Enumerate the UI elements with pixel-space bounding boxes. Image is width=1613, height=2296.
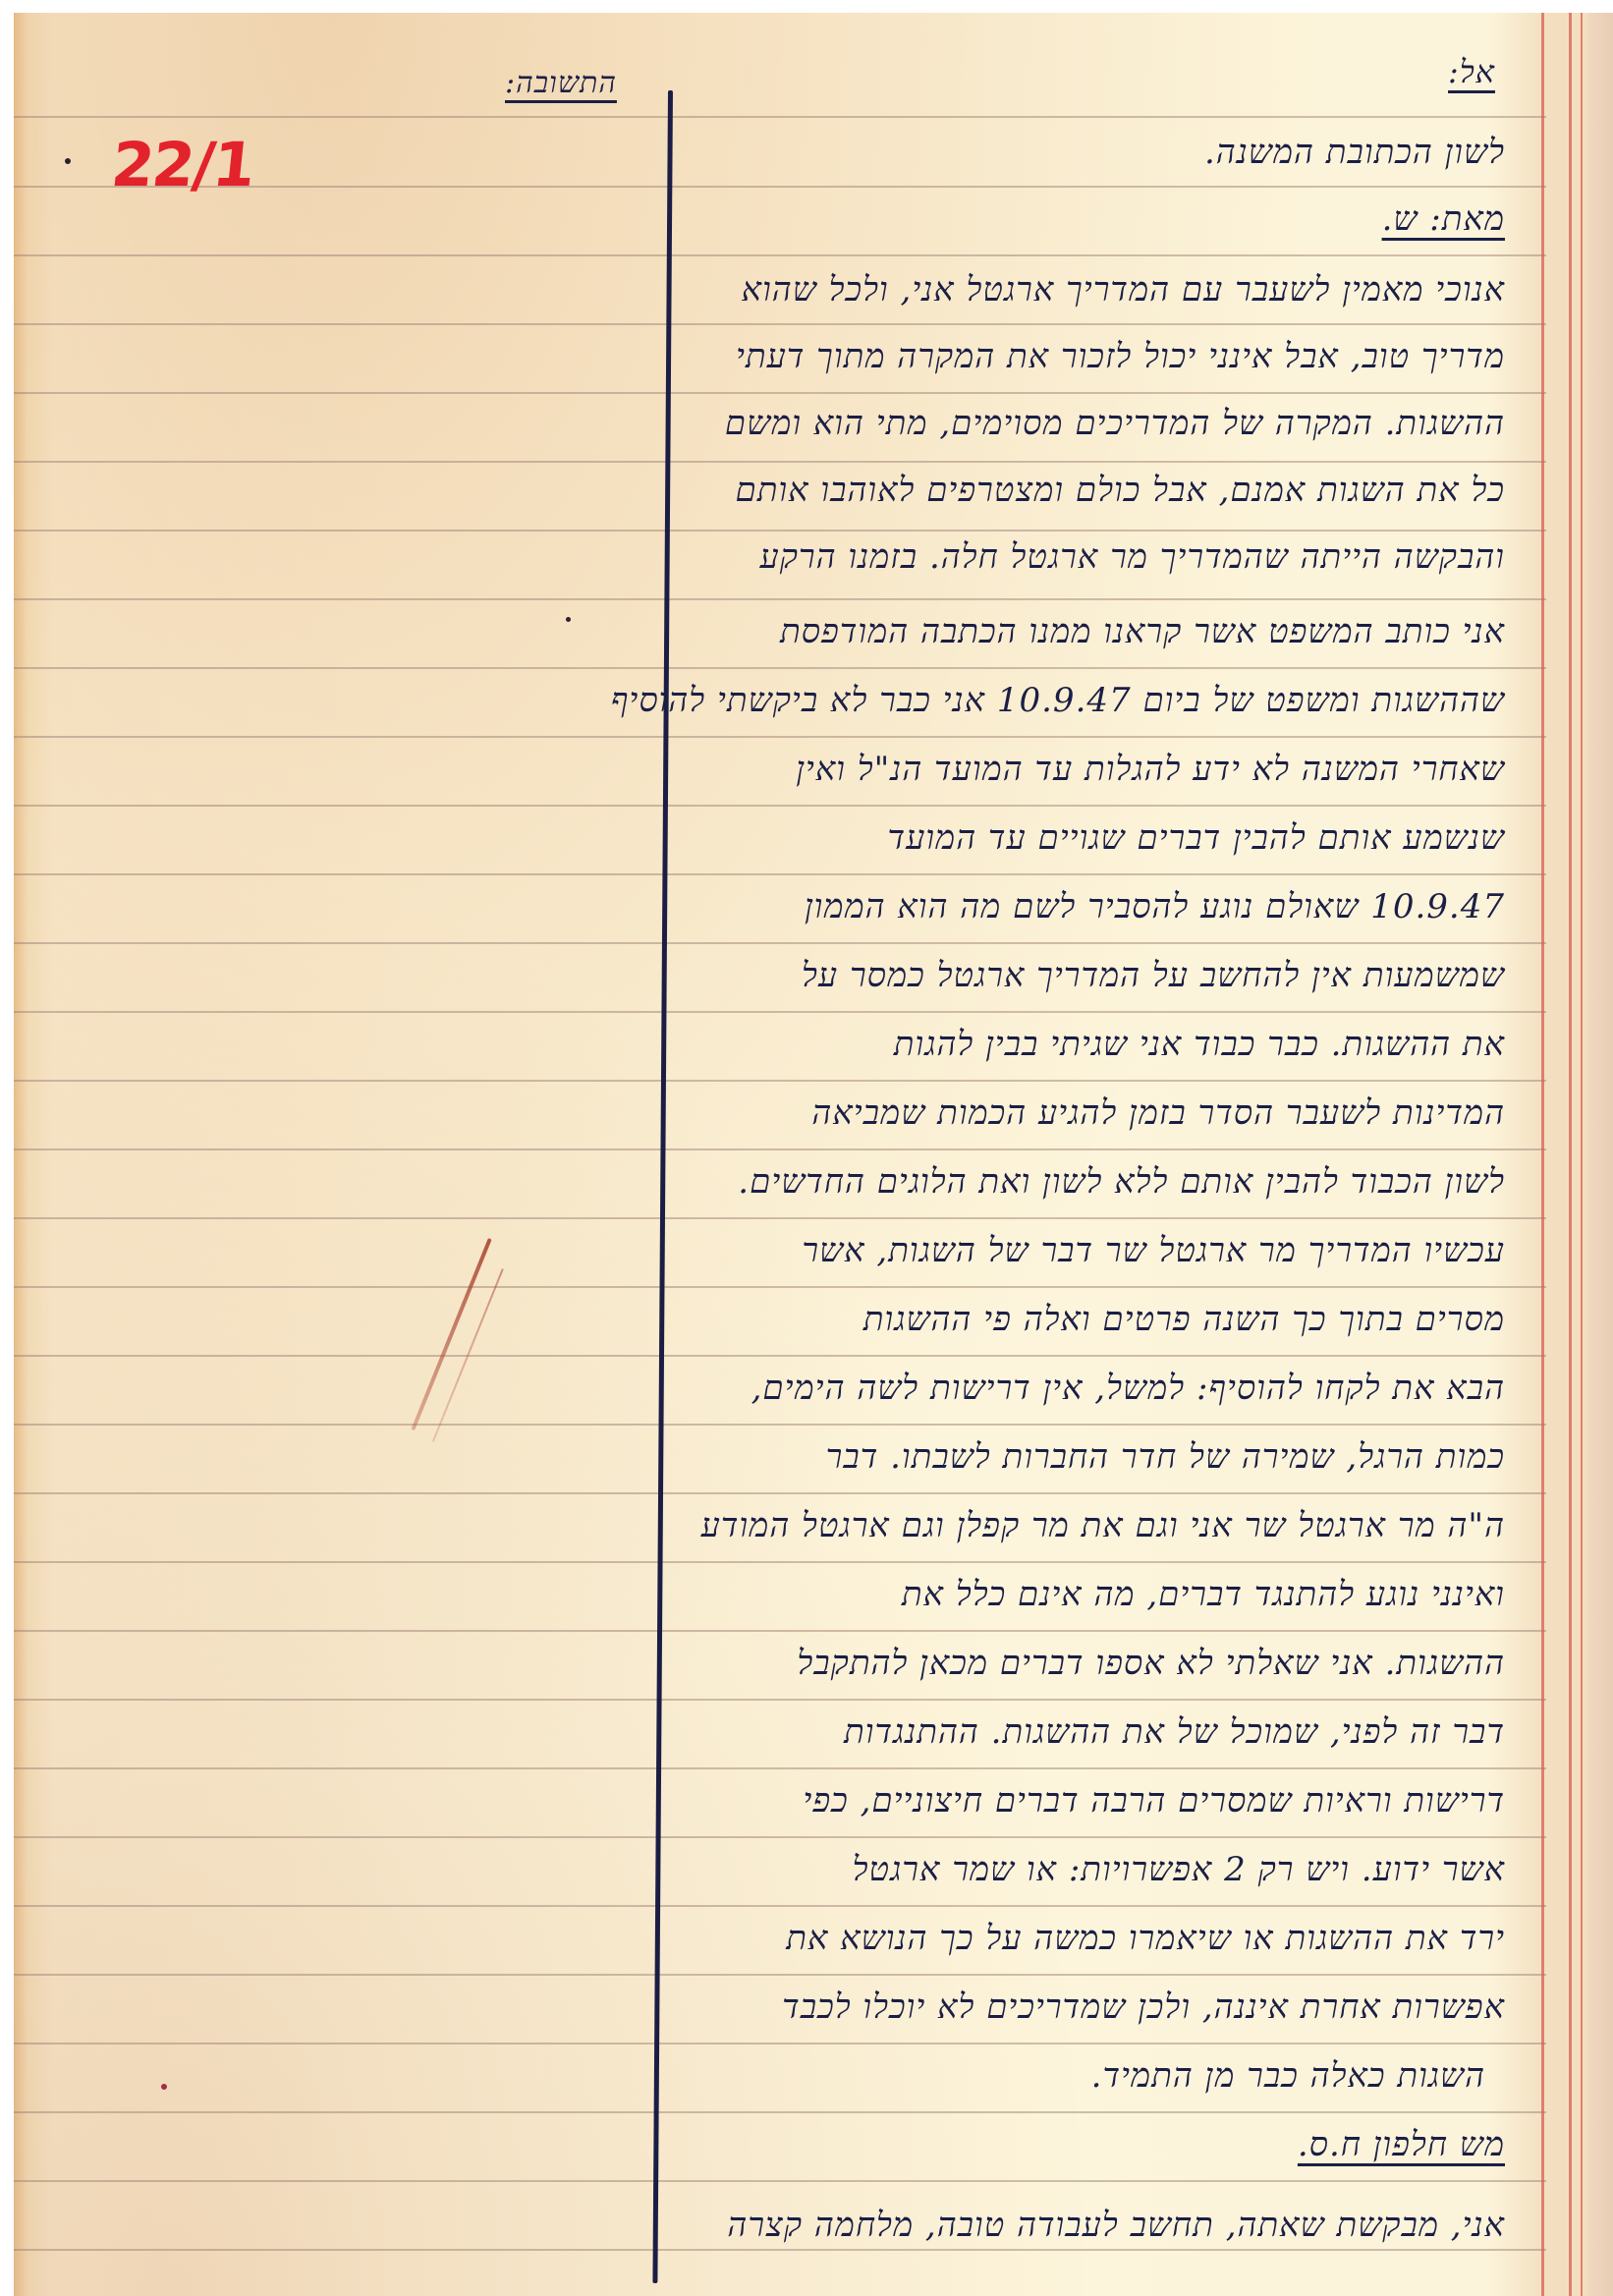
- closing-line: אני, מבקשת שאתה, תחשב לעבודה טובה, מלחמה…: [727, 2206, 1505, 2245]
- body-line: שאחרי המשנה לא ידע להגלות עד המועד הנ"ל …: [796, 750, 1505, 789]
- body-line: השגות כאלה כבר מן התמיד.: [1091, 2056, 1485, 2096]
- ruled-line: [14, 942, 1546, 944]
- body-line: והבקשה הייתה שהמדריך מר ארגטל חלה. בזמנו…: [760, 537, 1506, 577]
- body-line: מסרים בתוך כך השנה פרטים ואלה פי ההשגות: [863, 1300, 1505, 1339]
- ink-dot: [161, 2084, 167, 2090]
- ruled-line: [14, 116, 1546, 118]
- ruled-line: [14, 1561, 1546, 1563]
- ruled-line: [14, 254, 1546, 256]
- body-line: לשון הכבוד להבין אותם ללא לשון ואת הלוגי…: [738, 1162, 1505, 1202]
- to-header: אל:: [1448, 52, 1495, 91]
- ruled-line: [14, 1148, 1546, 1150]
- body-line: ה"ה מר ארגטל שר אני וגם את מר קפלן וגם א…: [701, 1506, 1505, 1545]
- body-line: דרישות וראיות שמסרים הרבה דברים חיצוניים…: [803, 1781, 1505, 1820]
- body-line: אשר ידוע. ויש רק 2 אפשרויות: או שמר ארגט…: [853, 1850, 1505, 1889]
- body-line: דבר זה לפני, שמוכל של את ההשגות. ההתנגדו…: [844, 1712, 1505, 1752]
- pen-stroke-mark: [411, 1238, 491, 1430]
- body-line: שנשמע אותם להבין דברים שגויים עד המועד: [888, 818, 1505, 858]
- ruled-line: [14, 1767, 1546, 1769]
- ruled-line: [14, 1080, 1546, 1082]
- ruled-line: [14, 1905, 1546, 1907]
- ruled-line: [14, 2111, 1546, 2113]
- body-line: הבא את לקחו להוסיף: למשל, אין דרישות לשה…: [751, 1369, 1505, 1408]
- body-line: עכשיו המדריך מר ארגטל שר דבר של השגות, א…: [802, 1231, 1505, 1270]
- signature: מש חלפון ח.ס.: [1298, 2125, 1505, 2164]
- body-line: מדריך טוב, אבל אינני יכול לזכור את המקרה…: [736, 337, 1505, 376]
- recipient-line: לשון הכתובת המשנה.: [1204, 133, 1505, 172]
- body-line: אפשרות אחרת איננה, ולכן שמדריכים לא יוכל…: [782, 1988, 1505, 2027]
- ink-dot: [566, 617, 571, 622]
- margin-line-3: [1581, 13, 1583, 2296]
- ruled-line: [14, 1355, 1546, 1357]
- ruled-line: [14, 1974, 1546, 1976]
- body-line: שמשמעות אין להחשב על המדריך ארגטל כמסר ע…: [802, 956, 1505, 995]
- ruled-line: [14, 873, 1546, 875]
- body-line: 10.9.47 שאולם נוגע להסביר לשם מה הוא הממ…: [805, 887, 1505, 926]
- body-line: אנוכי מאמין לשעבר עם המדריך ארגטל אני, ו…: [742, 270, 1505, 309]
- margin-line-2: [1569, 13, 1572, 2296]
- body-line: ואינני נוגע להתנגד דברים, מה אינם כלל את: [902, 1575, 1505, 1614]
- body-line: ההשגות. אני שאלתי לא אספו דברים מכאן להת…: [797, 1644, 1505, 1683]
- ruled-line: [14, 667, 1546, 669]
- ruled-line: [14, 1424, 1546, 1426]
- ruled-line: [14, 323, 1546, 325]
- ruled-line: [14, 530, 1546, 532]
- ruled-line: [14, 598, 1546, 600]
- ruled-line: [14, 805, 1546, 807]
- notebook-page: 22/1 התשובה: אל: לשון הכתובת המשנה. מאת:…: [14, 13, 1613, 2296]
- body-line: אני כותב המשפט אשר קראנו ממנו הכתבה המוד…: [780, 612, 1505, 651]
- body-line: ההשגות. המקרה של המדריכים מסוימים, מתי ה…: [725, 404, 1505, 443]
- ruled-line: [14, 2043, 1546, 2044]
- ink-dot: [65, 158, 71, 164]
- reply-column-header: התשובה:: [505, 64, 617, 103]
- body-line: ירד את ההשגות או שיאמרו כמשה על כך הנושא…: [786, 1919, 1505, 1958]
- body-line: את ההשגות. כבר כבוד אני שגיתי בבין להגות: [894, 1025, 1505, 1064]
- ruled-line: [14, 2180, 1546, 2182]
- ruled-line: [14, 1217, 1546, 1219]
- ruled-line: [14, 1836, 1546, 1838]
- ruled-line: [14, 736, 1546, 738]
- ruled-line: [14, 1699, 1546, 1701]
- from-line: מאת: ש.: [1382, 199, 1505, 239]
- body-line: שההשגות ומשפט של ביום 10.9.47 אני כבר לא…: [611, 681, 1505, 720]
- ruled-line: [14, 1630, 1546, 1632]
- ruled-line: [14, 2249, 1546, 2251]
- ruled-line: [14, 1286, 1546, 1288]
- ruled-line: [14, 1492, 1546, 1494]
- margin-line-1: [1541, 13, 1544, 2296]
- body-line: כמות הרגל, שמירה של חדר החברות לשבתו. דב…: [826, 1437, 1505, 1477]
- body-line: המדינות לשעבר הסדר בזמן להגיע הכמות שמבי…: [811, 1093, 1505, 1133]
- page-number: 22/1: [108, 129, 257, 200]
- body-line: כל את השגות אמנם, אבל כולם ומצטרפים לאוה…: [736, 471, 1505, 510]
- column-divider: [652, 90, 673, 2283]
- ruled-line: [14, 1011, 1546, 1013]
- page-edge: [1587, 13, 1613, 2296]
- ruled-line: [14, 392, 1546, 394]
- ruled-line: [14, 461, 1546, 463]
